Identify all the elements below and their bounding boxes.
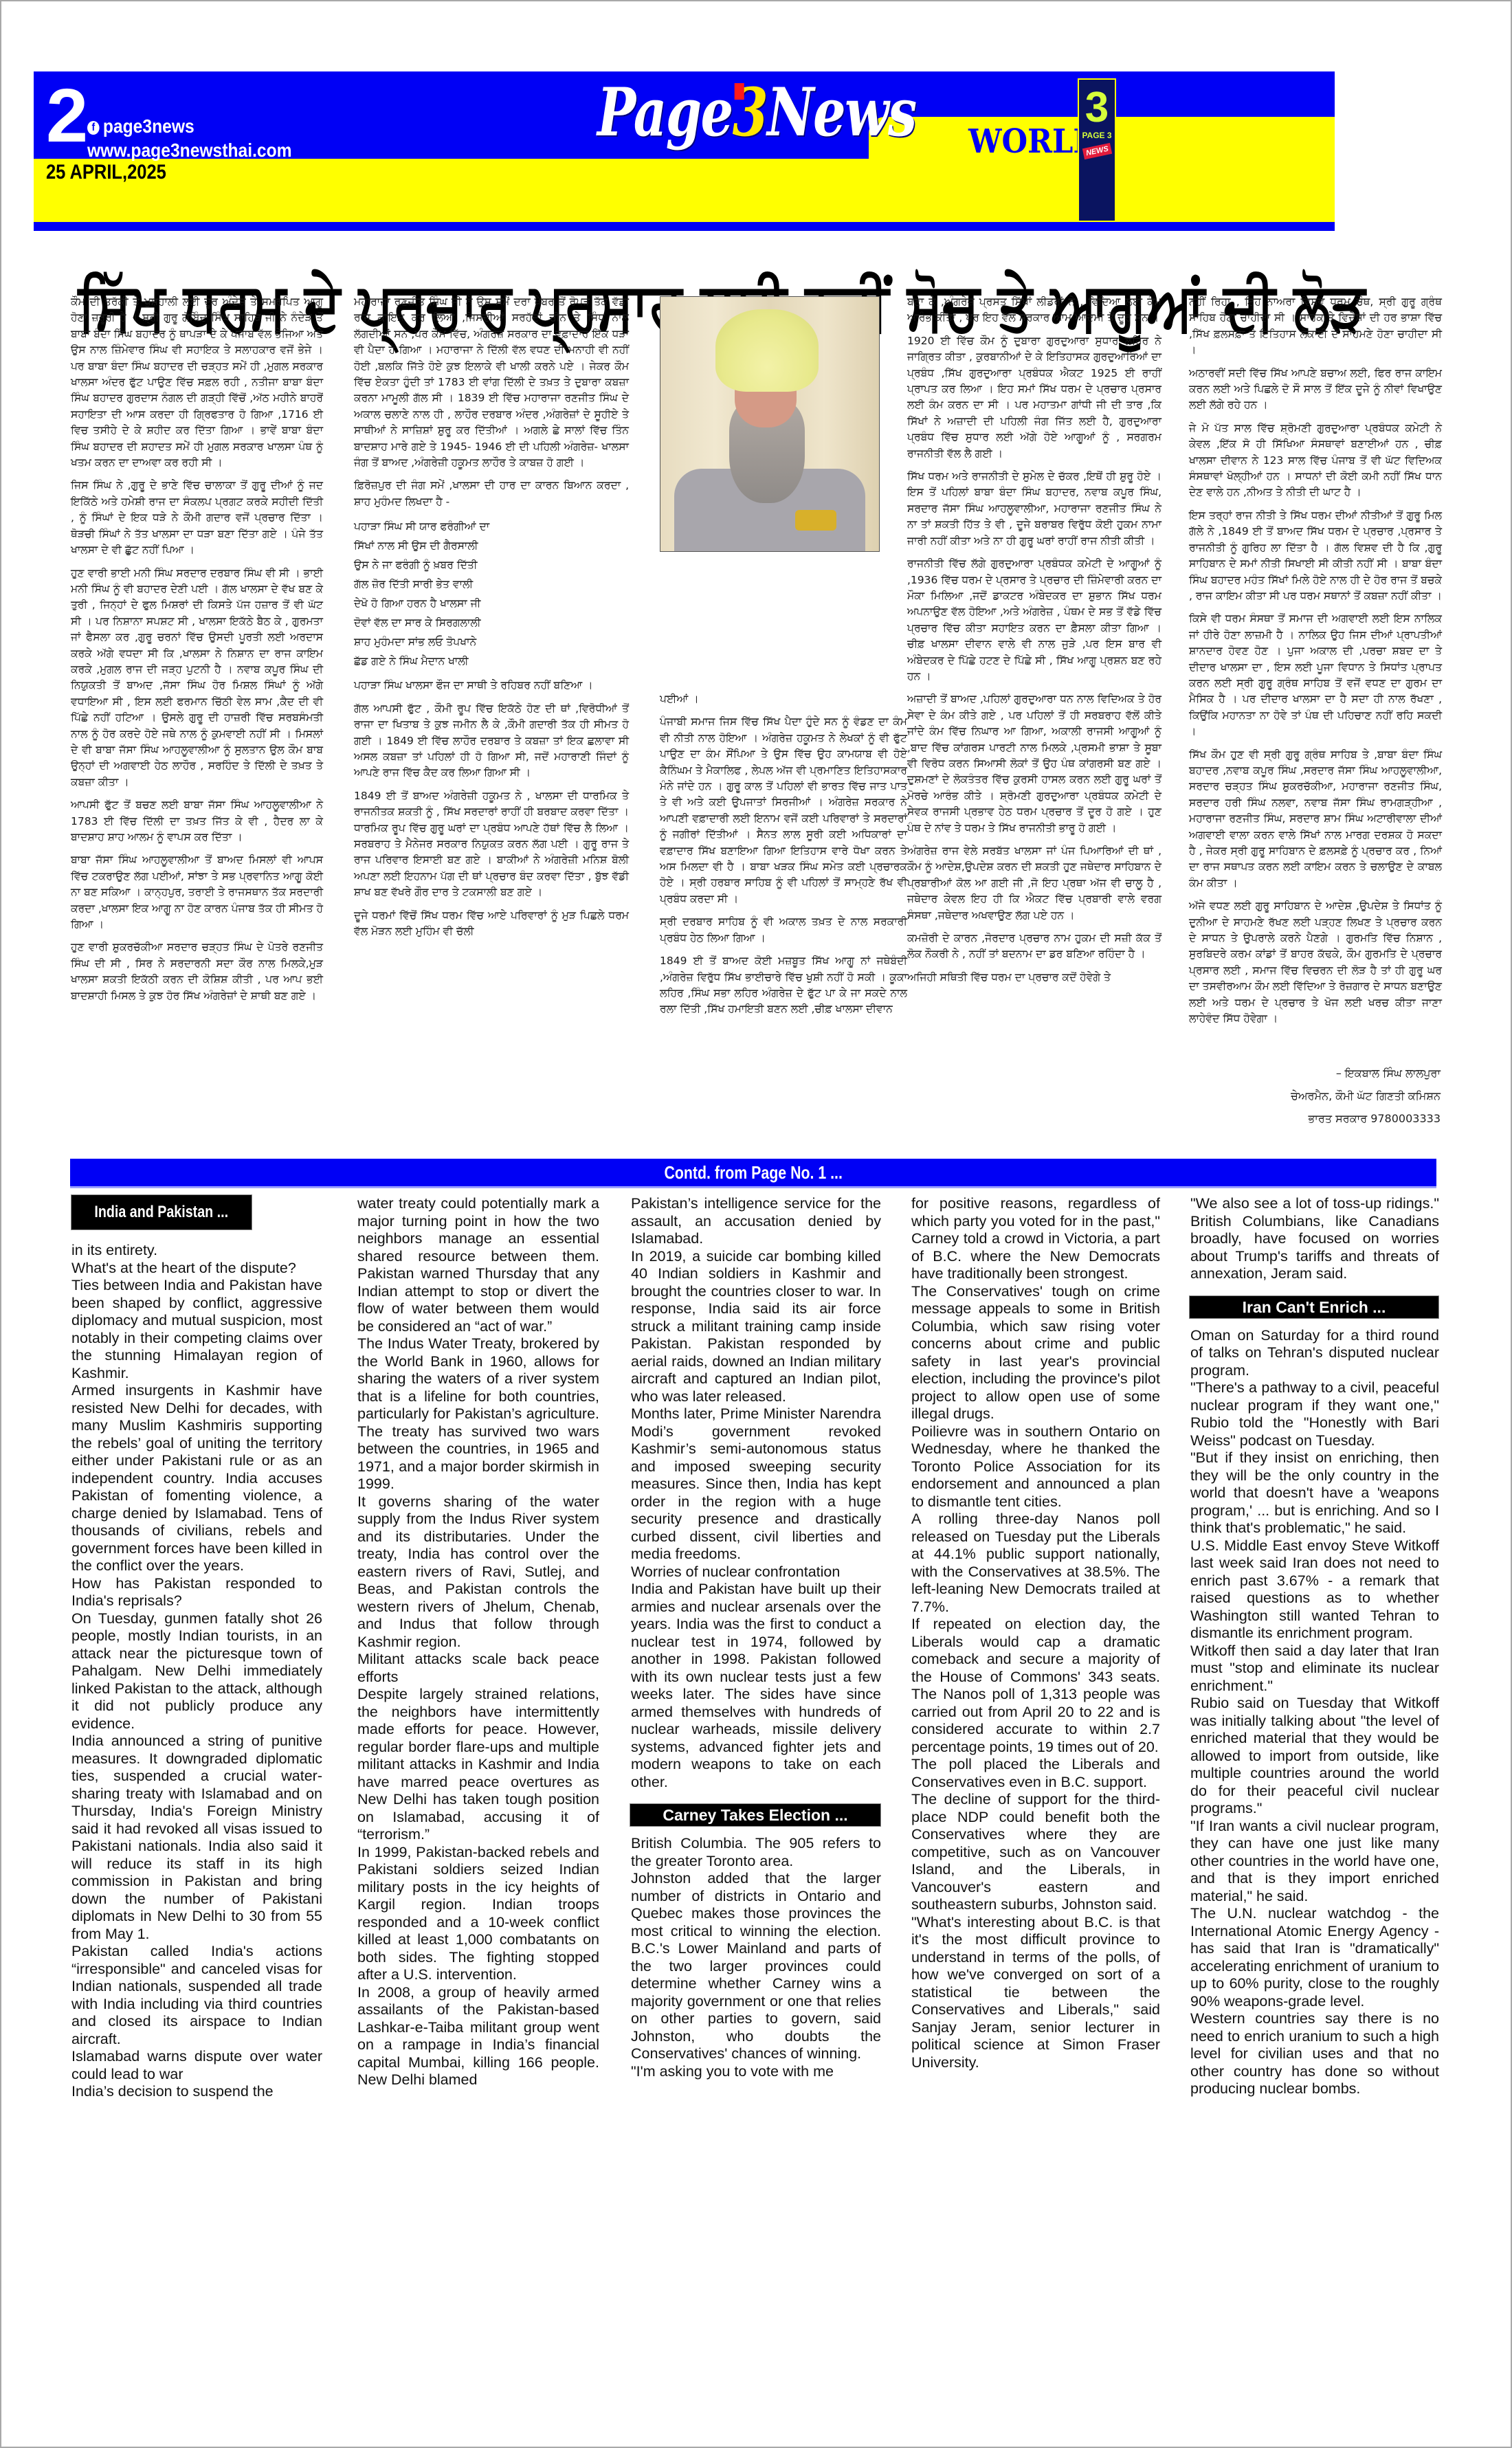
paragraph: India announced a string of punitive mea… [71,1733,322,1943]
paragraph: ਹੁਣ ਵਾਰੀ ਸ਼ੁਕਰਚੱਕੀਆ ਸਰਦਾਰ ਚੜ੍ਹਤ ਸਿੰਘ ਦੇ … [71,939,323,1004]
author-org-phone: ਭਾਰਤ ਸਰਕਾਰ 9780003333 [1189,1107,1441,1130]
paragraph: On Tuesday, gunmen fatally shot 26 peopl… [71,1610,322,1733]
paragraph: "If Iran wants a civil nuclear program, … [1190,1818,1439,1906]
paragraph: "There's a pathway to a civil, peaceful … [1190,1379,1439,1449]
facebook-link[interactable]: fpage3news [87,114,292,138]
punjabi-column-3: ਪਈਆਂ । ਪੰਜਾਬੀ ਸਮਾਜ ਜਿਸ ਵਿੱਚ ਸਿੱਖ ਪੈਦਾ ਹੁ… [660,691,907,1025]
paragraph: "But if they insist on enriching, then t… [1190,1449,1439,1537]
continued-banner: Contd. from Page No. 1 ... [70,1159,1436,1188]
paragraph: ਪਈਆਂ । [660,691,907,707]
author-signature: – ਇਕਬਾਲ ਸਿੰਘ ਲਾਲਪੁਰਾ ਚੇਅਰਮੈਨ, ਕੌਮੀ ਘੱਟ ਗ… [1189,1062,1441,1130]
page-number: 2 [46,78,88,154]
paragraph: Ties between India and Pakistan have bee… [71,1277,322,1382]
poem-line: ਪਹਾੜਾ ਸਿੰਘ ਸੀ ਯਾਰ ਫਰੰਗੀਆਂ ਦਾ [354,517,629,536]
paragraph: ਫ਼ਿਰੋਜ਼ਪੁਰ ਦੀ ਜੰਗ ਸਮੇਂ ,ਖਾਲਸਾ ਦੀ ਹਾਰ ਦਾ … [354,478,629,510]
paragraph: ਜੇ ਮੋ ਪੱਤ ਸਾਲ ਵਿੱਚ ਸ਼੍ਰੋਮਣੀ ਗੁਰਦੁਆਰਾ ਪ੍ਰ… [1189,421,1442,501]
english-column-4: for positive reasons, regardless of whic… [911,1195,1160,2071]
website-link[interactable]: www.page3newsthai.com [87,138,292,162]
paragraph: ਬਾਬਾ ਜੱਸਾ ਸਿੰਘ ਆਹਲੂਵਾਲੀਆ ਤੋਂ ਬਾਅਦ ਮਿਸਲਾਂ… [71,852,323,933]
paragraph: Witkoff then said a day later that Iran … [1190,1643,1439,1695]
paragraph: ਅੱਜੇ ਵਧਣ ਲਈ ਗੁਰੂ ਸਾਹਿਬਾਨ ਦੇ ਆਦੇਸ਼ ,ਉਪਦੇਸ… [1189,898,1442,1027]
paragraph: ਦੂਜੇ ਧਰਮਾਂ ਵਿੱਚੋਂ ਸਿੱਖ ਧਰਮ ਵਿੱਚ ਆਏ ਪਰਿਵਾ… [354,908,629,940]
paragraph: India and Pakistan have built up their a… [631,1581,881,1791]
paragraph: The Conservatives' tough on crime messag… [911,1283,1160,1423]
author-photo [660,296,880,552]
paragraph: ਅਠਾਰਵੀਂ ਸਦੀ ਵਿੱਚ ਸਿੱਖ ਆਪਣੇ ਬਚਾਅ ਲਈ, ਫਿਰ … [1189,366,1442,414]
badge-numeral: 3 [1079,85,1115,131]
paragraph: ਨਹੀਂ ਰਿਹਾ , ਇਹ ਨਾਅਰਾ ਵਿਸ਼ਵ ਧਰਮ ਚੌਥ, ਸ੍ਰੀ… [1189,294,1442,359]
paragraph: The Indus Water Treaty, brokered by the … [357,1335,599,1493]
paragraph: India’s decision to suspend the [71,2083,322,2101]
photo-turban [715,309,819,392]
paragraph: ਗੱਲ ਆਪਸੀ ਫੁੱਟ , ਕੌਮੀ ਰੂਪ ਵਿੱਚ ਇਕੱਠੇ ਹੋਣ … [354,701,629,781]
poem-line: ਛੱਡ ਗਏ ਨੇ ਸਿੰਘ ਮੈਦਾਨ ਖਾਲੀ [354,652,629,671]
paragraph: British Columbia. The 905 refers to the … [631,1835,881,1870]
paragraph: for positive reasons, regardless of whic… [911,1195,1160,1283]
poem-line: ਦੇਖੋ ਹੋ ਗਿਆ ਹਰਨ ਹੈ ਖਾਲਸਾ ਜੀ [354,594,629,613]
facebook-handle: page3news [103,115,194,137]
paragraph: In 1999, Pakistan-backed rebels and Paki… [357,1844,599,1984]
paragraph: The poll placed the Liberals and Conserv… [911,1756,1160,1791]
paragraph: ਮਹਾਰਾਜਾ ਰਣਜੀਤ ਸਿੰਘ ਜੀ ਨੇ ਉਸ ਸਮੇਂ ਦਰਾ ਖੈਬ… [354,294,629,471]
poem-quote: ਪਹਾੜਾ ਸਿੰਘ ਸੀ ਯਾਰ ਫਰੰਗੀਆਂ ਦਾ ਸਿੱਖਾਂ ਨਾਲ … [354,517,629,671]
facebook-icon: f [87,121,100,135]
punjabi-column-4: ਬਣਾ ਕੇ ,ਅੰਗਰੇਜ਼ ਪ੍ਰਸਤ ਸਿੱਖਾਂ ਲੀਡਰਾਂ ਨੇ ,… [907,294,1161,992]
poem-line: ਗੱਲ ਜ਼ੋਰ ਦਿੱਤੀ ਸਾਰੀ ਭੇਤ ਵਾਲੀ [354,575,629,594]
paragraph: ਆਪਸੀ ਫੁੱਟ ਤੋਂ ਬਚਣ ਲਈ ਬਾਬਾ ਜੱਸਾ ਸਿੰਘ ਆਹਲੂ… [71,797,323,845]
paragraph: ਬਣਾ ਕੇ ,ਅੰਗਰੇਜ਼ ਪ੍ਰਸਤ ਸਿੱਖਾਂ ਲੀਡਰਾਂ ਨੇ ,… [907,294,1161,326]
badge-line1: PAGE 3 [1079,131,1115,140]
paragraph: ਹੁਣ ਵਾਰੀ ਭਾਈ ਮਨੀ ਸਿੰਘ ਸਰਦਾਰ ਦਰਬਾਰ ਸਿੰਘ ਵ… [71,566,323,791]
paragraph: Rubio said on Tuesday that Witkoff was i… [1190,1695,1439,1818]
poem-line: ਸਿੱਖਾਂ ਨਾਲ ਸੀ ਉਸ ਦੀ ਗੈਰਸਾਲੀ [354,536,629,555]
paragraph: ਅੰਗਰੇਜ਼ ਰਾਜ ਵੇਲੇ ਸਰਬੱਤ ਖਾਲਸਾ ਜਾਂ ਪੰਜ ਪਿਆ… [907,843,1161,924]
logo-suffix: News [767,74,915,151]
english-column-3: Pakistan’s intelligence service for the … [631,1195,881,2080]
masthead-yellow-band [34,159,1335,221]
paragraph: ਸ੍ਰੀ ਦਰਬਾਰ ਸਾਹਿਬ ਨੂੰ ਵੀ ਅਕਾਲ ਤਖ਼ਤ ਦੇ ਨਾਲ… [660,914,907,946]
social-links: fpage3news www.page3newsthai.com [87,114,292,162]
paragraph: ਅਜਿਹੀ ਸਥਿਤੀ ਵਿੱਚ ਧਰਮ ਦਾ ਪ੍ਰਚਾਰ ਕਦੋਂ ਹੋਵੇ… [907,970,1161,986]
subhead: What's at the heart of the dispute? [71,1260,322,1278]
paragraph: Armed insurgents in Kashmir have resiste… [71,1382,322,1575]
paragraph: Despite largely strained relations, the … [357,1686,599,1844]
kicker-label: Carney Takes Election ... [663,1804,847,1826]
punjabi-column-5: ਨਹੀਂ ਰਿਹਾ , ਇਹ ਨਾਅਰਾ ਵਿਸ਼ਵ ਧਰਮ ਚੌਥ, ਸ੍ਰੀ… [1189,294,1442,1034]
paragraph: Oman on Saturday for a third round of ta… [1190,1327,1439,1380]
subhead: Militant attacks scale back peace effort… [357,1651,599,1686]
paragraph: ਜਿਸ ਸਿੰਘ ਨੇ ,ਗੁਰੂ ਦੇ ਭਾਣੇ ਵਿੱਚ ਚਾਲਾਕਾ ਤੋ… [71,478,323,558]
photo-pocket-square [795,510,836,531]
paragraph: Johnston added that the larger number of… [631,1870,881,2063]
paragraph: Western countries say there is no need t… [1190,2010,1439,2098]
paragraph: "I'm asking you to vote with me [631,2063,881,2081]
masthead: 2 fpage3news www.page3newsthai.com 25 AP… [34,71,1335,221]
issue-date: 25 APRIL,2025 [46,161,166,184]
paragraph: The U.N. nuclear watchdog - the Internat… [1190,1905,1439,2010]
paragraph: ਕੌਮ ਦੀ ਤਰੱਕੀ ਤੇ ਖੁਸ਼ਹਾਲੀ ਲਈ ਦੂਰ ਅੰਦੇਸ਼ ਤ… [71,294,323,471]
paragraph: ਇਸ ਤਰ੍ਹਾਂ ਰਾਜ ਨੀਤੀ ਤੇ ਸਿੱਖ ਧਰਮ ਦੀਆਂ ਨੀਤੀ… [1189,508,1442,604]
paragraph: water treaty could potentially mark a ma… [357,1195,599,1335]
author-title: ਚੇਅਰਮੈਨ, ਕੌਮੀ ਘੱਟ ਗਿਣਤੀ ਕਮਿਸ਼ਨ [1189,1084,1441,1107]
paragraph: If repeated on election day, the Liberal… [911,1616,1160,1756]
logo-prefix: Page [597,74,733,151]
paragraph: ਪਹਾੜਾ ਸਿੰਘ ਖਾਲਸਾ ਫੌਜ ਦਾ ਸਾਥੀ ਤੇ ਰਹਿਬਰ ਨਹ… [354,678,629,693]
kicker-iran: Iran Can't Enrich ... [1189,1295,1439,1319]
kicker-carney: Carney Takes Election ... [630,1803,881,1827]
paragraph: ਕਿਸੇ ਵੀ ਧਰਮ ਸੰਸਥਾ ਤੋਂ ਸਮਾਜ ਦੀ ਅਗਵਾਈ ਲਈ ਇ… [1189,611,1442,739]
paragraph: ਸਿੱਖ ਕੌਮ ਹੁਣ ਵੀ ਸ੍ਰੀ ਗੁਰੂ ਗ੍ਰੰਥ ਸਾਹਿਬ ਤੇ… [1189,747,1442,892]
paragraph: Pakistan called India's actions “irrespo… [71,1943,322,2048]
paragraph: The decline of support for the third-pla… [911,1791,1160,1914]
logo-numeral: 3 [733,74,768,151]
english-column-2: water treaty could potentially mark a ma… [357,1195,599,2089]
paragraph: Poilievre was in southern Ontario on Wed… [911,1423,1160,1511]
paragraph: "We also see a lot of toss-up ridings." … [1190,1195,1439,1283]
poem-line: ਉਸ ਨੇ ਜਾ ਫਰੰਗੀ ਨੂੰ ਖ਼ਬਰ ਦਿੱਤੀ [354,555,629,575]
paragraph: "What's interesting about B.C. is that i… [911,1914,1160,2072]
page3-badge-logo: 3 PAGE 3 NEWS [1078,78,1116,223]
paragraph: ਅਜ਼ਾਦੀ ਤੋਂ ਬਾਅਦ ,ਪਹਿਲਾਂ ਗੁਰਦੁਆਰਾ ਧਨ ਨਾਲ … [907,691,1161,836]
paragraph: 1920 ਈ ਵਿੱਚ ਕੌਮ ਨੂੰ ਦੁਬਾਰਾ ਗੁਰਦੁਆਰਾ ਸੁਧਾ… [907,333,1161,462]
subhead: Worries of nuclear confrontation [631,1564,881,1581]
paragraph: U.S. Middle East envoy Steve Witkoff las… [1190,1537,1439,1643]
paragraph: A rolling three-day Nanos poll released … [911,1511,1160,1616]
kicker-label: Iran Can't Enrich ... [1243,1296,1386,1318]
english-column-1: in its entirety. What's at the heart of … [71,1195,322,2101]
continued-label: Contd. from Page No. 1 ... [664,1159,842,1186]
paragraph: In 2019, a suicide car bombing killed 40… [631,1248,881,1406]
paragraph: ਕਮਜ਼ੋਰੀ ਦੇ ਕਾਰਨ ,ਜੋਰਦਾਰ ਪ੍ਰਚਾਰ ਨਾਮ ਹੁਕਮ … [907,931,1161,963]
subhead: Islamabad warns dispute over water could… [71,2048,322,2083]
paragraph: ਪੰਜਾਬੀ ਸਮਾਜ ਜਿਸ ਵਿੱਚ ਸਿੱਖ ਪੈਦਾ ਹੁੰਦੇ ਸਨ … [660,714,907,907]
poem-line: ਸ਼ਾਹ ਮੁਹੰਮਦਾ ਸਾਂਭ ਲਓ ਤੋਪਖਾਨੇ [354,632,629,652]
paragraph: 1849 ਈ ਤੋਂ ਬਾਅਦ ਅੰਗਰੇਜ਼ੀ ਹਕੂਮਤ ਨੇ , ਖਾਲਸ… [354,788,629,901]
subhead: How has Pakistan responded to India's re… [71,1575,322,1610]
english-column-5: "We also see a lot of toss-up ridings." … [1190,1195,1439,2098]
paragraph: Pakistan’s intelligence service for the … [631,1195,881,1248]
author-name: – ਇਕਬਾਲ ਸਿੰਘ ਲਾਲਪੁਰਾ [1189,1062,1441,1084]
newspaper-logo[interactable]: Page3News [597,80,916,146]
badge-line2: NEWS [1082,143,1111,159]
paragraph: ਰਾਜਨੀਤੀ ਵਿੱਚ ਲੱਗੇ ਗੁਰਦੁਆਰਾ ਪ੍ਰਬੰਧਕ ਕਮੇਟੀ… [907,556,1161,685]
paragraph: In 2008, a group of heavily armed assail… [357,1984,599,2089]
poem-line: ਦੋਵਾਂ ਵੱਲ ਦਾ ਸਾਰ ਕੇ ਸਿਰਗਲਾਲੀ [354,613,629,632]
paragraph: Months later, Prime Minister Narendra Mo… [631,1405,881,1564]
paragraph: It governs sharing of the water supply f… [357,1493,599,1651]
punjabi-column-1: ਕੌਮ ਦੀ ਤਰੱਕੀ ਤੇ ਖੁਸ਼ਹਾਲੀ ਲਈ ਦੂਰ ਅੰਦੇਸ਼ ਤ… [71,294,323,1011]
paragraph: ਸਿੱਖ ਧਰਮ ਅਤੇ ਰਾਜਨੀਤੀ ਦੇ ਸੁਮੇਲ ਦੇ ਚੱਕਰ ,ਇ… [907,469,1161,549]
punjabi-column-2: ਮਹਾਰਾਜਾ ਰਣਜੀਤ ਸਿੰਘ ਜੀ ਨੇ ਉਸ ਸਮੇਂ ਦਰਾ ਖੈਬ… [354,294,629,946]
paragraph: in its entirety. [71,1242,322,1260]
masthead-rule [34,221,1335,231]
paragraph: 1849 ਈ ਤੋਂ ਬਾਅਦ ਕੋਈ ਮਜ਼ਬੂਤ ਸਿੱਖ ਆਗੂ ਨਾਂ … [660,953,907,1018]
